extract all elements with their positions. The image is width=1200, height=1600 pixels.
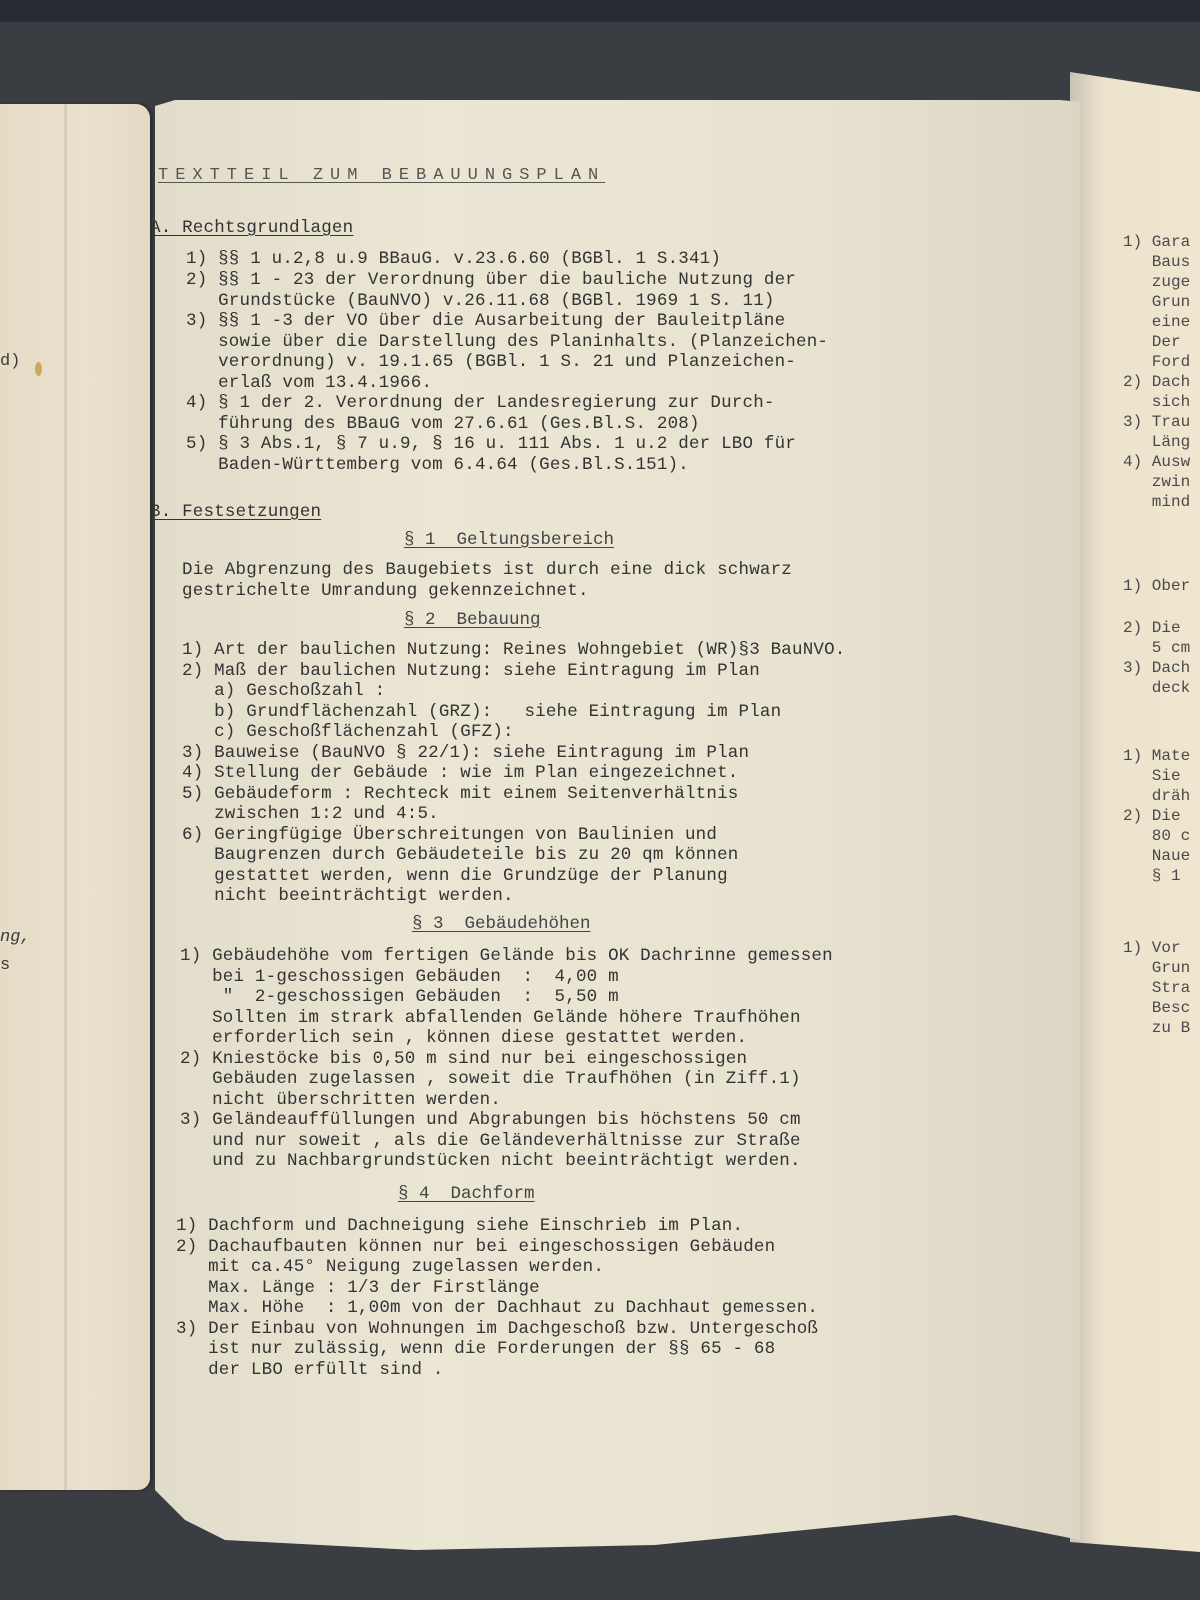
left-fragment: d): [0, 352, 20, 371]
paragraph-heading: § 4 Dachform: [398, 1184, 535, 1204]
section-a-item: 2) §§ 1 - 23 der Verordnung über die bau…: [186, 270, 796, 311]
page-crease: [64, 104, 67, 1490]
section-a-heading: A. Rechtsgrundlagen: [150, 218, 353, 239]
section-a-item: 4) § 1 der 2. Verordnung der Landesregie…: [186, 393, 775, 434]
right-fragment-block: 1) Vor Grun Stra Besc zu B: [1123, 938, 1190, 1038]
paragraph-body: 1) Dachform und Dachneigung siehe Einsch…: [176, 1216, 818, 1380]
right-fragment-block: 1) Gara Baus zuge Grun eine Der Ford 2) …: [1123, 232, 1190, 512]
background-dark-band: [0, 0, 1200, 22]
paragraph-body: Die Abgrenzung des Baugebiets ist durch …: [182, 560, 792, 601]
section-b-heading: B. Festsetzungen: [150, 502, 321, 523]
paragraph-heading: § 3 Gebäudehöhen: [412, 914, 591, 934]
document-title: TEXTTEIL ZUM BEBAUUNGSPLAN: [158, 166, 605, 187]
paragraph-heading: § 1 Geltungsbereich: [404, 530, 614, 550]
paragraph-heading: § 2 Bebauung: [404, 610, 541, 630]
stain-mark: [35, 362, 42, 376]
section-a-item: 1) §§ 1 u.2,8 u.9 BBauG. v.23.6.60 (BGBl…: [186, 249, 721, 270]
section-a-heading-text: A. Rechtsgrundlagen: [150, 218, 353, 238]
right-fragment-block: 1) Mate Sie dräh 2) Die 80 c Naue § 1: [1123, 746, 1190, 886]
right-fragment-block: 1) Ober: [1123, 576, 1190, 596]
paragraph-body: 1) Art der baulichen Nutzung: Reines Woh…: [182, 640, 846, 907]
left-fragment: s: [0, 956, 10, 975]
section-b-heading-text: B. Festsetzungen: [150, 502, 321, 522]
section-a-item: 3) §§ 1 -3 der VO über die Ausarbeitung …: [186, 311, 828, 393]
left-fragment: ng,: [0, 928, 31, 947]
paragraph-body: 1) Gebäudehöhe vom fertigen Gelände bis …: [180, 946, 833, 1172]
left-page: [0, 104, 150, 1490]
right-fragment-block: 2) Die 5 cm 3) Dach deck: [1123, 618, 1190, 698]
section-a-item: 5) § 3 Abs.1, § 7 u.9, § 16 u. 111 Abs. …: [186, 434, 796, 475]
